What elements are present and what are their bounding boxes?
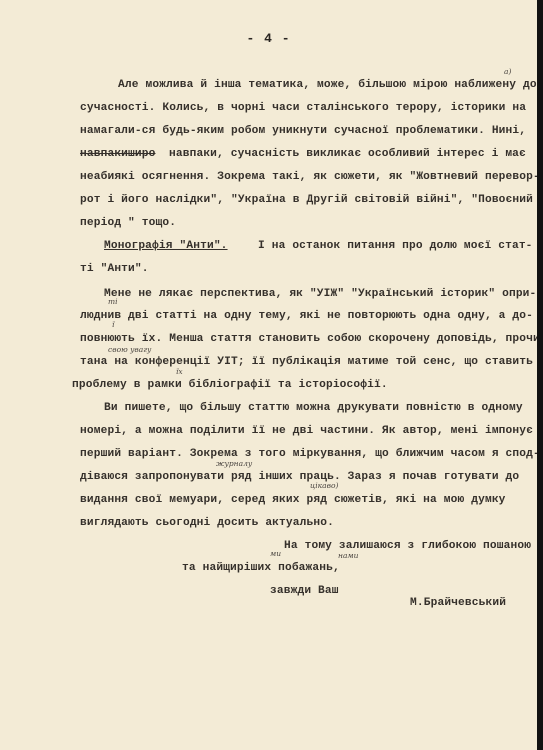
handwritten-annotation: нами [338, 551, 358, 560]
text-line: період " тощо. [80, 217, 176, 230]
text-line: навпаки, сучасність викликає особливий і… [169, 148, 526, 161]
text-line: Мене не лякає перспектива, як "УІЖ" "Укр… [104, 288, 536, 301]
handwritten-annotation: журналу [216, 459, 252, 468]
text-line: сучасності. Колись, в чорні часи сталінс… [80, 102, 526, 115]
scan-edge [537, 0, 543, 750]
handwritten-annotation: ті [108, 297, 118, 306]
text-line: номері, а можна поділити її не дві части… [80, 425, 533, 438]
handwritten-annotation: а) [504, 67, 511, 76]
text-line: рот і його наслідки", "Україна в Другій … [80, 194, 533, 207]
struck-text: навпакиширо [80, 148, 156, 161]
text-line: неабиякі осягнення. Зокрема такі, як сюж… [80, 171, 540, 184]
document-page: - 4 - Але можлива й інша тематика, може,… [0, 0, 537, 750]
text-line: проблему в рамки бібліографії та історіо… [72, 379, 388, 392]
handwritten-annotation: ми [270, 549, 281, 558]
text-line: діваюся запропонувати ряд інших праць. З… [80, 471, 519, 484]
text-line: тана на конференції УІТ; її публікація м… [80, 356, 533, 369]
page-number: - 4 - [0, 31, 537, 46]
handwritten-annotation: цікаво) [310, 481, 338, 490]
text-line: ті "Анти". [80, 263, 149, 276]
closing-line: завжди Ваш [270, 585, 339, 598]
handwritten-annotation: ї [112, 320, 114, 329]
closing-line: На тому залишаюся з глибокою пошаною [284, 540, 531, 553]
text-line: видання свої мемуари, серед яких ряд сюж… [80, 494, 506, 507]
handwritten-annotation: свою увагу [108, 345, 151, 354]
text-line: намагали-ся будь-яким робом уникнути суч… [80, 125, 526, 138]
text-line: І на останок питання про долю моєї стат- [258, 240, 533, 253]
closing-line: та найщиріших побажань, [182, 562, 340, 575]
text-line: Але можлива й інша тематика, може, більш… [118, 79, 537, 92]
handwritten-annotation: їх [176, 367, 183, 376]
section-heading: Монографія "Анти". [104, 240, 228, 253]
text-line: перший варіант. Зокрема з того міркуванн… [80, 448, 540, 461]
signature: М.Брайчевський [410, 597, 506, 610]
text-line: Ви пишете, що більшу статтю можна друкув… [104, 402, 523, 415]
text-line: виглядають сьогодні досить актуально. [80, 517, 334, 530]
text-line: люднив дві статті на одну тему, які не п… [80, 310, 533, 323]
